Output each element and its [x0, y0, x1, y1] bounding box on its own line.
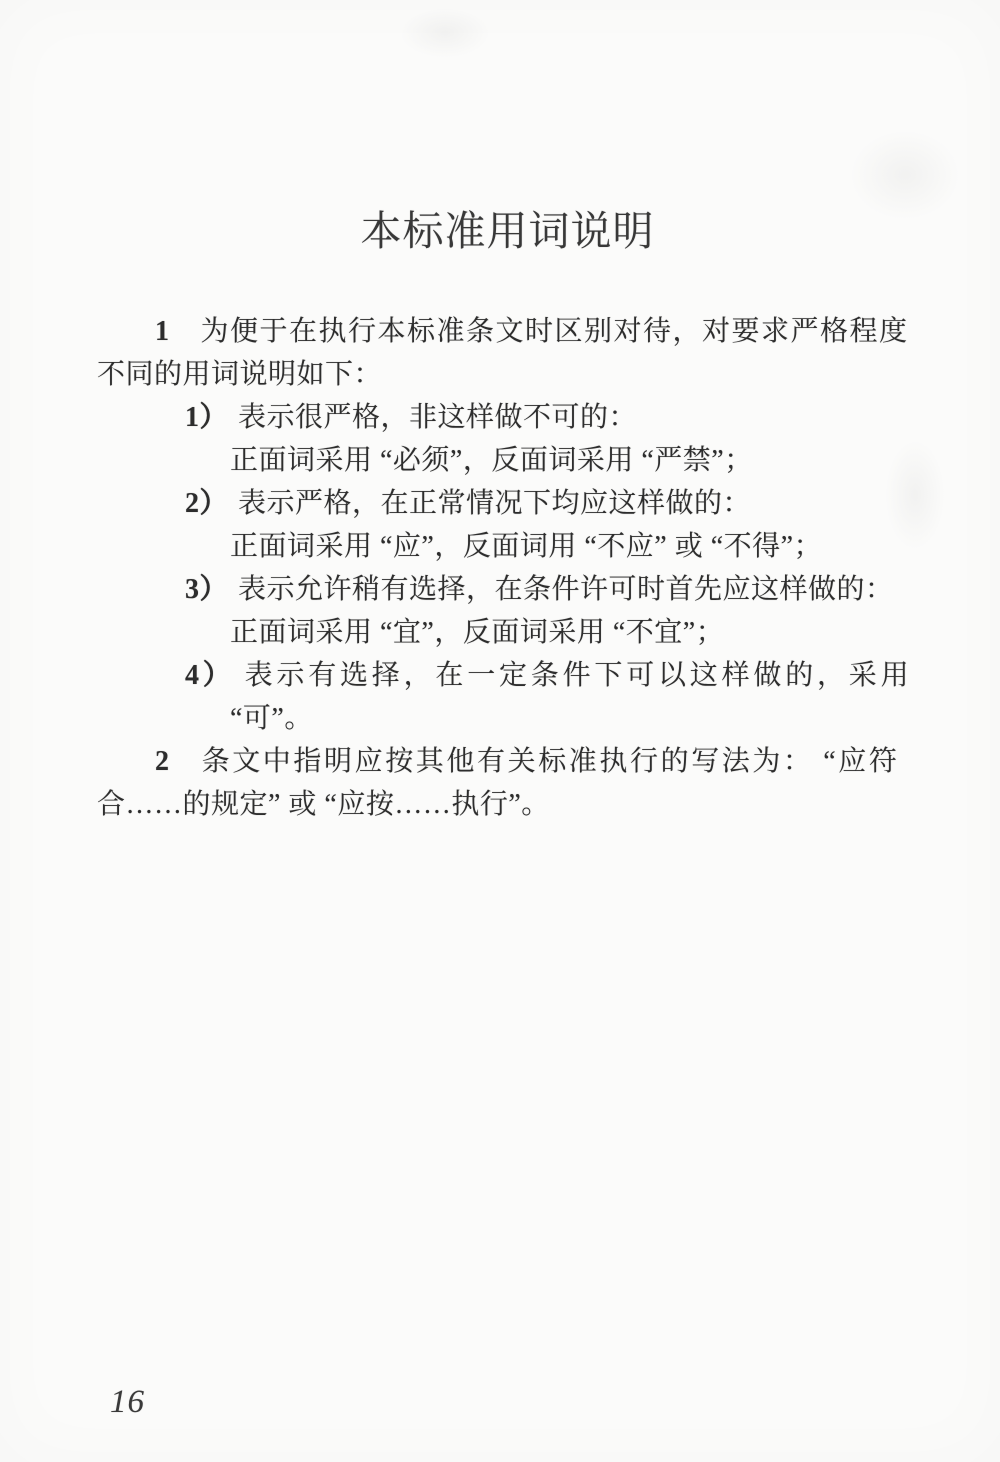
clause-2-line-1: 2条文中指明应按其他有关标准执行的写法为： “应符	[97, 740, 909, 783]
page-number: 16	[110, 1384, 145, 1421]
clause-2-number: 2	[155, 746, 172, 777]
item-1-line-1: 1）表示很严格，非这样做不可的：	[97, 396, 909, 439]
clause-2-text: 条文中指明应按其他有关标准执行的写法为： “应符	[202, 746, 900, 777]
clause-2-line-2: 合……的规定” 或 “应按……执行”。	[97, 783, 909, 826]
item-2-text: 表示严格，在正常情况下均应这样做的：	[238, 488, 751, 519]
body-text: 1为便于在执行本标准条文时区别对待，对要求严格程度 不同的用词说明如下： 1）表…	[97, 310, 909, 826]
item-4-text: 表示有选择，在一定条件下可以这样做的，采用	[245, 660, 913, 691]
item-2-line-1: 2）表示严格，在正常情况下均应这样做的：	[97, 482, 909, 525]
scanned-document-page: 本标准用词说明 1为便于在执行本标准条文时区别对待，对要求严格程度 不同的用词说…	[0, 0, 1000, 1462]
scan-smudge	[400, 8, 490, 58]
item-4-number: 4）	[185, 660, 235, 691]
item-3-text: 表示允许稍有选择，在条件许可时首先应这样做的：	[238, 574, 894, 605]
item-3-number: 3）	[185, 574, 228, 605]
clause-1-text: 为便于在执行本标准条文时区别对待，对要求严格程度	[201, 316, 909, 347]
item-4-line-1: 4）表示有选择，在一定条件下可以这样做的，采用	[97, 654, 909, 697]
item-3-line-1: 3）表示允许稍有选择，在条件许可时首先应这样做的：	[97, 568, 909, 611]
item-2-line-2: 正面词采用 “应”，反面词用 “不应” 或 “不得”；	[97, 525, 909, 568]
item-2-number: 2）	[185, 488, 228, 519]
item-1-text: 表示很严格，非这样做不可的：	[238, 402, 637, 433]
item-4-line-2: “可”。	[97, 697, 909, 740]
item-1-line-2: 正面词采用 “必须”，反面词采用 “严禁”；	[97, 439, 909, 482]
item-1-number: 1）	[185, 402, 228, 433]
page-title: 本标准用词说明	[0, 198, 1000, 257]
clause-1-line-1: 1为便于在执行本标准条文时区别对待，对要求严格程度	[97, 310, 909, 353]
item-3-line-2: 正面词采用 “宜”，反面词采用 “不宜”；	[97, 611, 909, 654]
clause-1-line-2: 不同的用词说明如下：	[97, 353, 909, 396]
clause-1-number: 1	[155, 316, 171, 347]
